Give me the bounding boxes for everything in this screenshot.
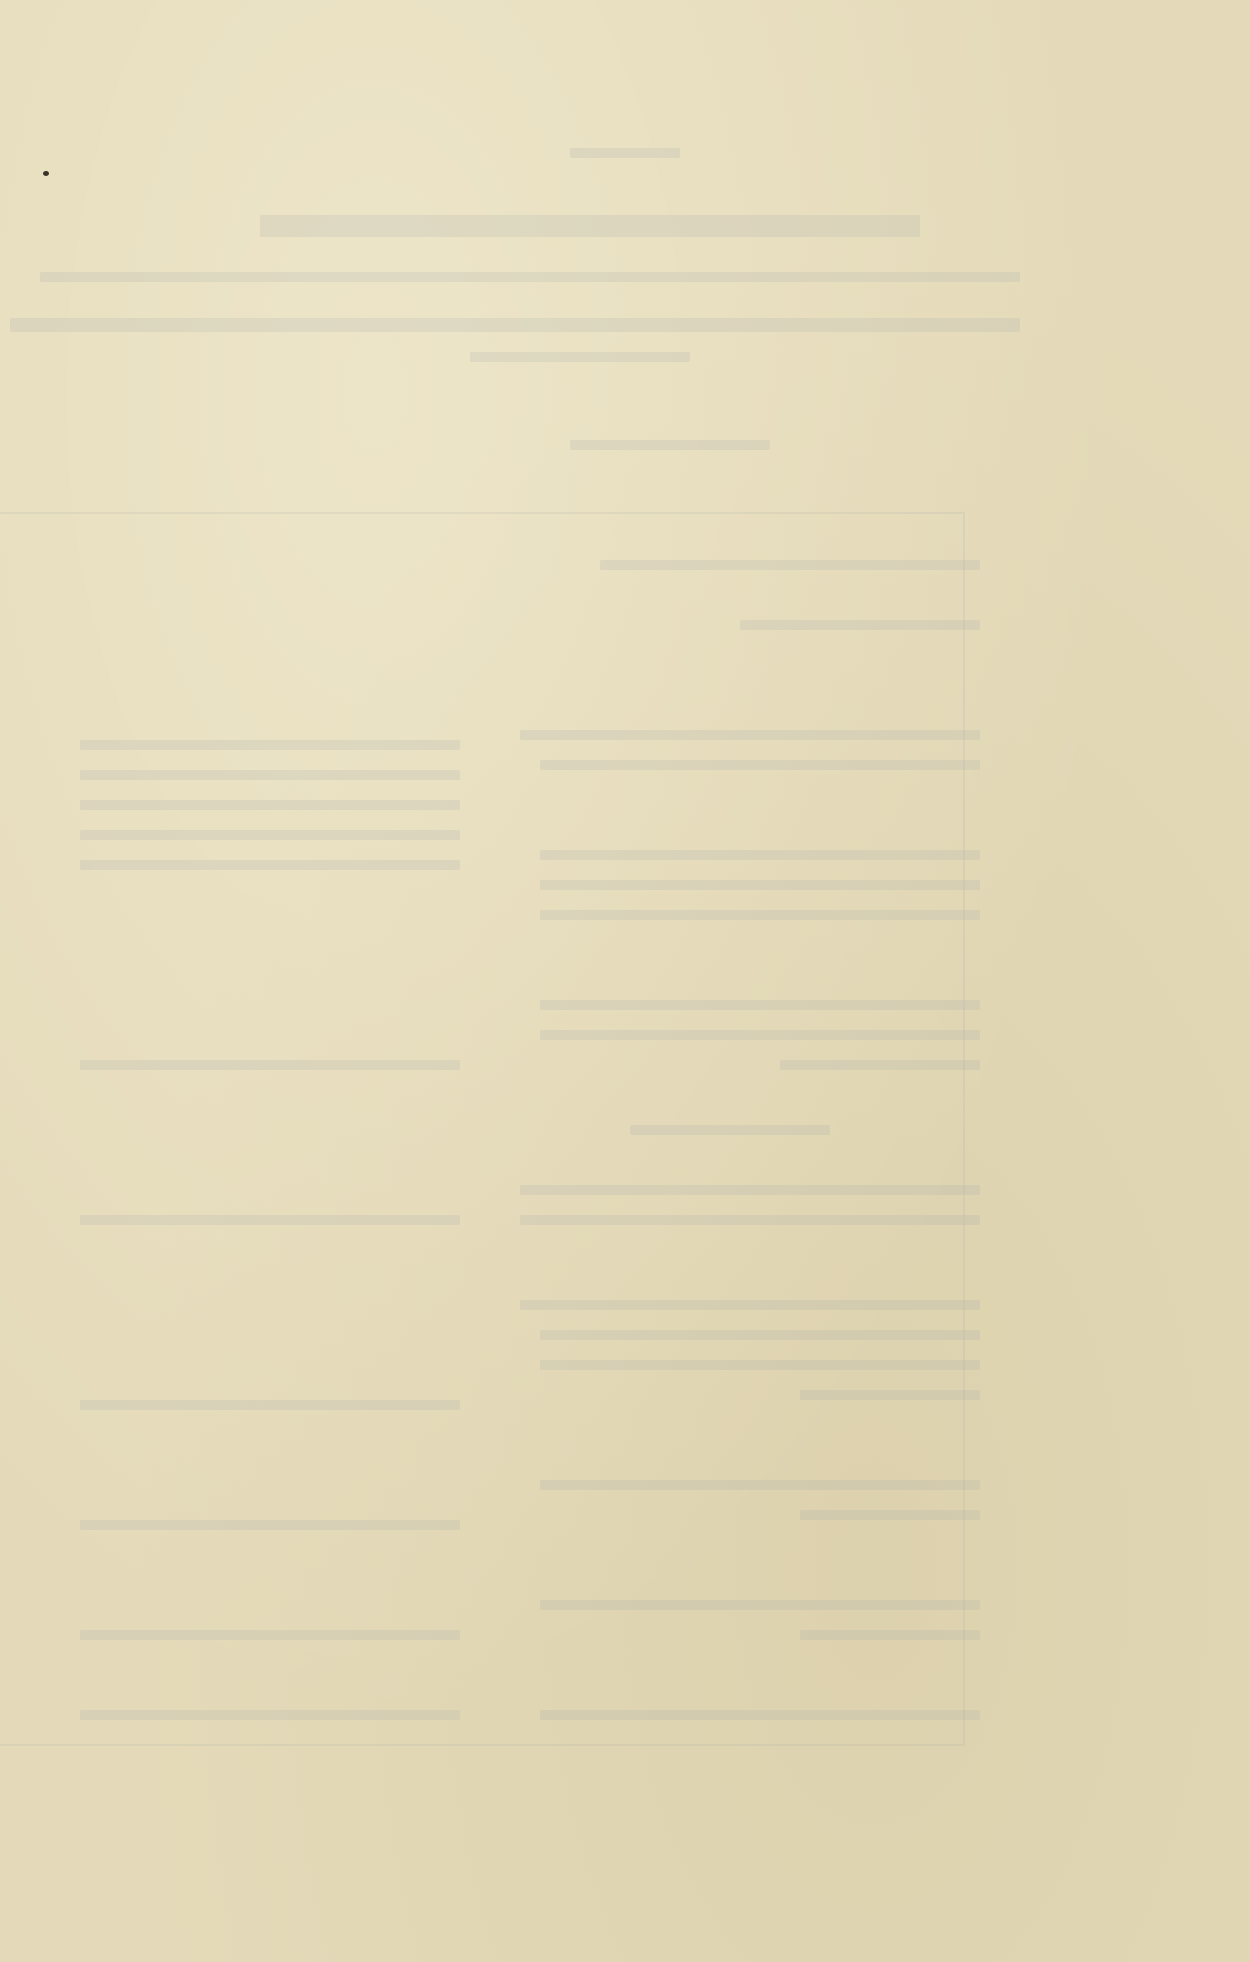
scanned-page [0, 0, 1250, 1962]
ink-speck [43, 171, 49, 176]
bleed-through-text [0, 0, 1250, 1962]
